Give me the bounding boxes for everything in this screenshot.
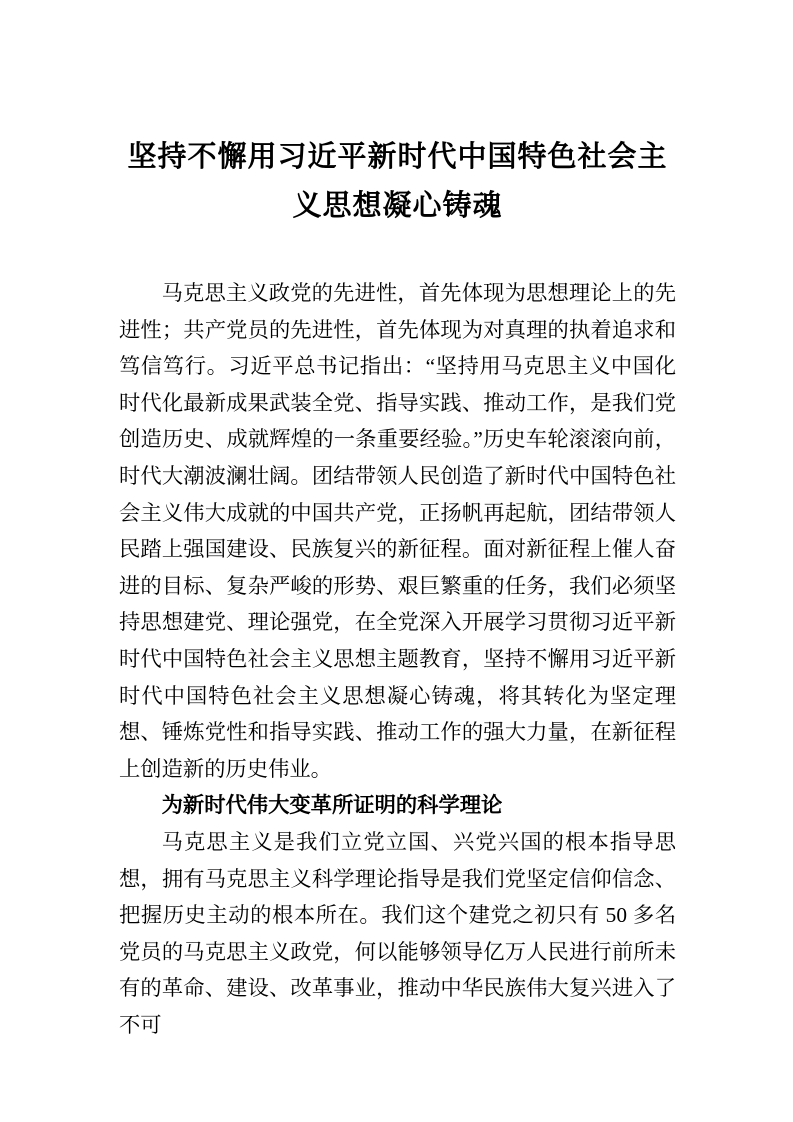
paragraph-intro: 马克思主义政党的先进性，首先体现为思想理论上的先进性；共产党员的先进性，首先体现… <box>119 275 676 787</box>
document-title: 坚持不懈用习近平新时代中国特色社会主义思想凝心铸魂 <box>124 133 672 231</box>
paragraph-theory: 马克思主义是我们立党立国、兴党兴国的根本指导思想，拥有马克思主义科学理论指导是我… <box>119 824 676 1044</box>
document-page: 坚持不懈用习近平新时代中国特色社会主义思想凝心铸魂 马克思主义政党的先进性，首先… <box>0 0 793 1122</box>
section-heading: 为新时代伟大变革所证明的科学理论 <box>119 787 676 824</box>
